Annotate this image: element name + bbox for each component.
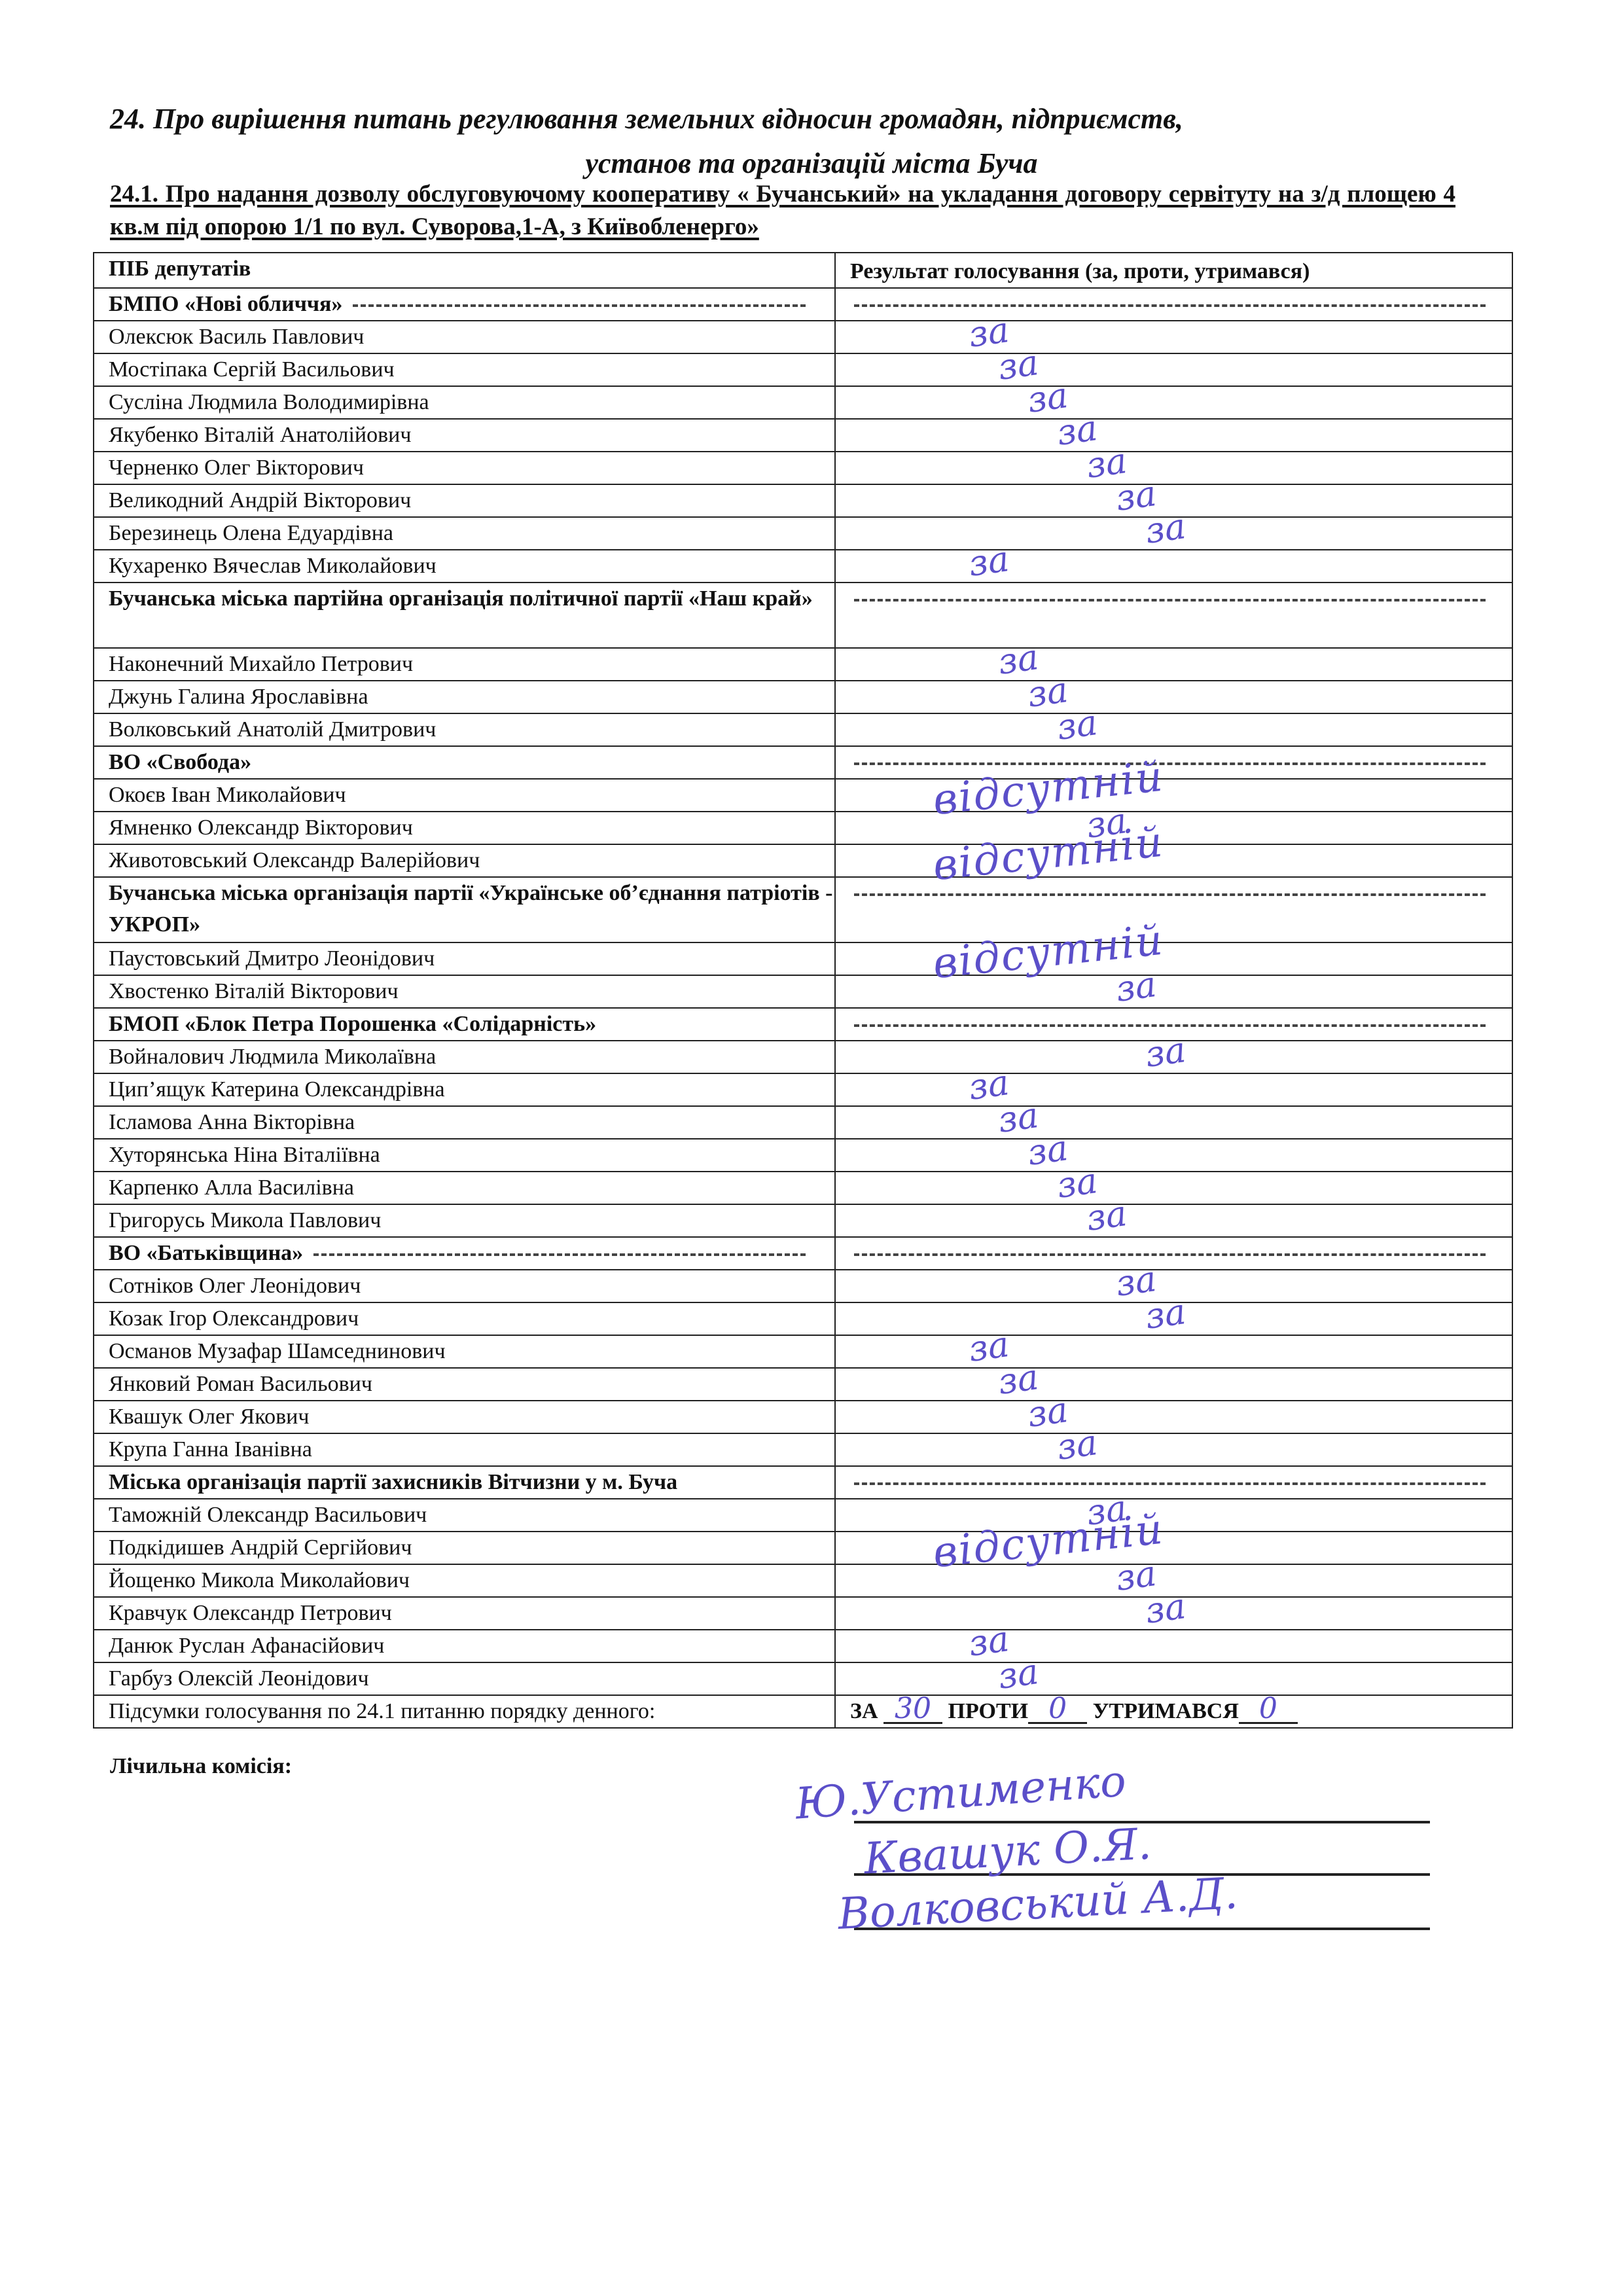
deputy-name-text: Квашук Олег Якович	[109, 1405, 309, 1429]
dash-filler	[854, 1253, 1486, 1256]
vote-result-cell	[835, 517, 1512, 550]
counting-commission-label: Лічильна комісія:	[110, 1754, 292, 1779]
agenda-heading: 24. Про вирішення питань регулювання зем…	[110, 105, 1623, 134]
deputy-row: Козак Ігор Олександрович	[94, 1302, 1512, 1335]
party-result-cell	[835, 288, 1512, 321]
deputy-name-text: Наконечний Михайло Петрович	[109, 652, 413, 676]
party-name: БМОП «Блок Петра Порошенка «Солідарність…	[94, 1008, 835, 1041]
deputy-row: Животовський Олександр Валерійович	[94, 844, 1512, 877]
deputy-name-text: Ісламова Анна Вікторівна	[109, 1110, 355, 1134]
deputy-name-text: Османов Музафар Шамседнинович	[109, 1339, 446, 1363]
dash-filler	[854, 599, 1486, 601]
abstain-label: УТРИМАВСЯ	[1093, 1699, 1239, 1723]
deputy-name: Якубенко Віталій Анатолійович	[94, 419, 835, 452]
deputy-row: Черненко Олег Вікторович	[94, 452, 1512, 484]
party-row: Бучанська міська партійна організація по…	[94, 583, 1512, 648]
deputy-name-text: Карпенко Алла Василівна	[109, 1175, 354, 1200]
deputy-name-text: Козак Ігор Олександрович	[109, 1306, 359, 1331]
vote-result-cell	[835, 550, 1512, 583]
deputy-name-text: Сусліна Людмила Володимирівна	[109, 390, 429, 414]
column-header-deputies: ПІБ депутатів	[94, 253, 835, 288]
vote-result-cell	[835, 1139, 1512, 1172]
party-name: Бучанська міська організація партії «Укр…	[94, 877, 835, 942]
deputy-name: Войналович Людмила Миколаївна	[94, 1041, 835, 1073]
deputy-name-text: Янковий Роман Васильович	[109, 1372, 372, 1396]
deputy-row: Цип’ящук Катерина Олександрівна	[94, 1073, 1512, 1106]
deputy-name-text: Крупа Ганна Іванівна	[109, 1437, 312, 1462]
vote-result-cell	[835, 452, 1512, 484]
vote-result-cell	[835, 1499, 1512, 1532]
deputy-row: Березинець Олена Едуардівна	[94, 517, 1512, 550]
deputy-name: Волковський Анатолій Дмитрович	[94, 713, 835, 746]
vote-result-cell	[835, 844, 1512, 877]
deputy-row: Османов Музафар Шамседнинович	[94, 1335, 1512, 1368]
deputy-name-text: Хуторянська Ніна Віталіївна	[109, 1143, 380, 1167]
deputy-name-text: Ямненко Олександр Вікторович	[109, 816, 413, 840]
dash-filler	[313, 1253, 806, 1256]
deputy-name: Животовський Олександр Валерійович	[94, 844, 835, 877]
column-header-result: Результат голосування (за, проти, утрима…	[835, 253, 1512, 288]
deputy-row: Олексюк Василь Павлович	[94, 321, 1512, 353]
party-name-text: Бучанська міська організація партії «Укр…	[109, 881, 832, 937]
deputy-name-text: Березинець Олена Едуардівна	[109, 521, 393, 545]
deputy-name-text: Григорусь Микола Павлович	[109, 1208, 381, 1232]
deputy-row: Окоєв Іван Миколайович	[94, 779, 1512, 812]
vote-result-cell	[835, 1302, 1512, 1335]
party-name: ВО «Батьківщина»	[94, 1237, 835, 1270]
deputy-row: Кравчук Олександр Петрович	[94, 1597, 1512, 1630]
party-row: Бучанська міська організація партії «Укр…	[94, 877, 1512, 942]
deputy-row: Карпенко Алла Василівна	[94, 1172, 1512, 1204]
party-name-text: ВО «Свобода»	[109, 750, 251, 774]
deputy-name: Сусліна Людмила Володимирівна	[94, 386, 835, 419]
deputy-name: Ісламова Анна Вікторівна	[94, 1106, 835, 1139]
deputy-name: Великодний Андрій Вікторович	[94, 484, 835, 517]
party-row: БМПО «Нові обличчя»	[94, 288, 1512, 321]
vote-result-cell	[835, 1532, 1512, 1564]
deputy-row: Хуторянська Ніна Віталіївна	[94, 1139, 1512, 1172]
deputy-name: Таможній Олександр Васильович	[94, 1499, 835, 1532]
deputy-name: Османов Музафар Шамседнинович	[94, 1335, 835, 1368]
deputy-row: Таможній Олександр Васильович	[94, 1499, 1512, 1532]
deputy-row: Наконечний Михайло Петрович	[94, 648, 1512, 681]
for-count: 30	[883, 1696, 942, 1724]
party-name: Бучанська міська партійна організація по…	[94, 583, 835, 648]
for-label: ЗА	[850, 1699, 878, 1723]
deputy-row: Джунь Галина Ярославівна	[94, 681, 1512, 713]
deputy-name-text: Таможній Олександр Васильович	[109, 1503, 427, 1527]
deputy-row: Кухаренко Вячеслав Миколайович	[94, 550, 1512, 583]
vote-result-cell	[835, 1401, 1512, 1433]
deputy-name: Наконечний Михайло Петрович	[94, 648, 835, 681]
vote-result-cell	[835, 648, 1512, 681]
deputy-name-text: Войналович Людмила Миколаївна	[109, 1045, 436, 1069]
party-result-cell	[835, 1008, 1512, 1041]
deputy-name: Кравчук Олександр Петрович	[94, 1597, 835, 1630]
dash-filler	[854, 1024, 1486, 1027]
deputy-name-text: Хвостенко Віталій Вікторович	[109, 979, 399, 1003]
vote-result-cell	[835, 419, 1512, 452]
deputy-name: Березинець Олена Едуардівна	[94, 517, 835, 550]
vote-result-cell	[835, 779, 1512, 812]
vote-result-cell	[835, 321, 1512, 353]
vote-result-cell	[835, 1073, 1512, 1106]
dash-filler	[854, 304, 1486, 307]
party-name-text: Бучанська міська партійна організація по…	[109, 586, 813, 611]
deputy-row: Сотніков Олег Леонідович	[94, 1270, 1512, 1302]
deputy-name-text: Сотніков Олег Леонідович	[109, 1274, 361, 1298]
party-result-cell	[835, 1466, 1512, 1499]
deputy-row: Волковський Анатолій Дмитрович	[94, 713, 1512, 746]
dash-filler	[353, 304, 806, 307]
deputy-name: Мостіпака Сергій Васильович	[94, 353, 835, 386]
deputy-row: Гарбуз Олексій Леонідович	[94, 1662, 1512, 1695]
deputy-name-text: Мостіпака Сергій Васильович	[109, 357, 395, 382]
deputy-name: Олексюк Василь Павлович	[94, 321, 835, 353]
party-name-text: Міська організація партії захисників Віт…	[109, 1470, 677, 1494]
vote-result-cell	[835, 1106, 1512, 1139]
deputy-name: Окоєв Іван Миколайович	[94, 779, 835, 812]
deputy-row: Подкідишев Андрій Сергійович	[94, 1532, 1512, 1564]
deputy-row: Данюк Руслан Афанасійович	[94, 1630, 1512, 1662]
deputy-name-text: Гарбуз Олексій Леонідович	[109, 1666, 369, 1691]
vote-result-cell	[835, 386, 1512, 419]
party-name-text: БМПО «Нові обличчя»	[109, 292, 342, 316]
deputy-name: Квашук Олег Якович	[94, 1401, 835, 1433]
vote-result-cell	[835, 1335, 1512, 1368]
deputy-name: Янковий Роман Васильович	[94, 1368, 835, 1401]
deputy-name: Сотніков Олег Леонідович	[94, 1270, 835, 1302]
party-result-cell	[835, 746, 1512, 779]
deputy-name-text: Животовський Олександр Валерійович	[109, 848, 480, 872]
deputy-name: Цип’ящук Катерина Олександрівна	[94, 1073, 835, 1106]
deputy-name-text: Черненко Олег Вікторович	[109, 456, 364, 480]
deputy-name: Хуторянська Ніна Віталіївна	[94, 1139, 835, 1172]
deputy-name: Григорусь Микола Павлович	[94, 1204, 835, 1237]
vote-result-cell	[835, 1172, 1512, 1204]
vote-result-cell	[835, 353, 1512, 386]
deputy-name: Джунь Галина Ярославівна	[94, 681, 835, 713]
against-count: 0	[1028, 1696, 1087, 1724]
deputy-name-text: Великодний Андрій Вікторович	[109, 488, 411, 512]
vote-result-cell	[835, 942, 1512, 975]
vote-result-cell	[835, 1433, 1512, 1466]
voting-table: ПІБ депутатів Результат голосування (за,…	[93, 252, 1513, 1729]
deputy-name: Козак Ігор Олександрович	[94, 1302, 835, 1335]
deputy-name-text: Окоєв Іван Миколайович	[109, 783, 346, 807]
deputy-name: Карпенко Алла Василівна	[94, 1172, 835, 1204]
deputy-row: Крупа Ганна Іванівна	[94, 1433, 1512, 1466]
deputy-row: Паустовський Дмитро Леонідович	[94, 942, 1512, 975]
deputy-name: Черненко Олег Вікторович	[94, 452, 835, 484]
deputy-name: Крупа Ганна Іванівна	[94, 1433, 835, 1466]
vote-result-cell	[835, 1597, 1512, 1630]
deputy-row: Квашук Олег Якович	[94, 1401, 1512, 1433]
summary-label: Підсумки голосування по 24.1 питанню пор…	[94, 1695, 835, 1728]
party-result-cell	[835, 1237, 1512, 1270]
vote-result-cell	[835, 975, 1512, 1008]
deputy-name-text: Джунь Галина Ярославівна	[109, 685, 368, 709]
deputy-row: Йощенко Микола Миколайович	[94, 1564, 1512, 1597]
summary-row: Підсумки голосування по 24.1 питанню пор…	[94, 1695, 1512, 1728]
sub-question-title: 24.1. Про надання дозволу обслуговуючому…	[110, 178, 1455, 243]
vote-result-cell	[835, 1662, 1512, 1695]
deputy-name-text: Олексюк Василь Павлович	[109, 325, 364, 349]
deputy-name-text: Паустовський Дмитро Леонідович	[109, 946, 435, 971]
party-name: Міська організація партії захисників Віт…	[94, 1466, 835, 1499]
deputy-name: Подкідишев Андрій Сергійович	[94, 1532, 835, 1564]
vote-result-cell	[835, 1630, 1512, 1662]
deputy-name: Йощенко Микола Миколайович	[94, 1564, 835, 1597]
party-result-cell	[835, 583, 1512, 648]
vote-result-cell	[835, 713, 1512, 746]
deputy-row: Сусліна Людмила Володимирівна	[94, 386, 1512, 419]
deputy-name: Данюк Руслан Афанасійович	[94, 1630, 835, 1662]
deputy-name: Гарбуз Олексій Леонідович	[94, 1662, 835, 1695]
against-label: ПРОТИ	[948, 1699, 1029, 1723]
party-row: ВО «Батьківщина»	[94, 1237, 1512, 1270]
dash-filler	[854, 893, 1486, 896]
deputy-name: Паустовський Дмитро Леонідович	[94, 942, 835, 975]
deputy-name: Ямненко Олександр Вікторович	[94, 812, 835, 844]
deputy-name-text: Йощенко Микола Миколайович	[109, 1568, 410, 1592]
deputy-name-text: Волковський Анатолій Дмитрович	[109, 717, 436, 742]
deputy-row: Хвостенко Віталій Вікторович	[94, 975, 1512, 1008]
signature-1: Ю.Устименко	[794, 1755, 1128, 1829]
vote-result-cell	[835, 1204, 1512, 1237]
deputy-row: Войналович Людмила Миколаївна	[94, 1041, 1512, 1073]
party-row: БМОП «Блок Петра Порошенка «Солідарність…	[94, 1008, 1512, 1041]
party-name: БМПО «Нові обличчя»	[94, 288, 835, 321]
deputy-name-text: Якубенко Віталій Анатолійович	[109, 423, 411, 447]
vote-result-cell	[835, 1564, 1512, 1597]
dash-filler	[854, 1482, 1486, 1485]
vote-result-cell	[835, 812, 1512, 844]
party-result-cell	[835, 877, 1512, 942]
document-page: 24. Про вирішення питань регулювання зем…	[0, 0, 1623, 2296]
deputy-row: Григорусь Микола Павлович	[94, 1204, 1512, 1237]
vote-result-cell	[835, 681, 1512, 713]
vote-result-cell	[835, 1270, 1512, 1302]
party-name-text: ВО «Батьківщина»	[109, 1241, 303, 1265]
deputy-row: Ямненко Олександр Вікторович	[94, 812, 1512, 844]
deputy-name: Хвостенко Віталій Вікторович	[94, 975, 835, 1008]
summary-totals: ЗА 30 ПРОТИ0 УТРИМАВСЯ0	[835, 1695, 1512, 1728]
vote-result-cell	[835, 484, 1512, 517]
table-header-row: ПІБ депутатів Результат голосування (за,…	[94, 253, 1512, 288]
deputy-name-text: Цип’ящук Катерина Олександрівна	[109, 1077, 445, 1102]
deputy-name: Кухаренко Вячеслав Миколайович	[94, 550, 835, 583]
party-row: Міська організація партії захисників Віт…	[94, 1466, 1512, 1499]
dash-filler	[854, 762, 1486, 765]
deputy-row: Якубенко Віталій Анатолійович	[94, 419, 1512, 452]
abstain-count: 0	[1239, 1696, 1298, 1724]
vote-result-cell	[835, 1368, 1512, 1401]
deputy-name-text: Подкідишев Андрій Сергійович	[109, 1535, 412, 1560]
party-name: ВО «Свобода»	[94, 746, 835, 779]
vote-result-cell	[835, 1041, 1512, 1073]
deputy-row: Янковий Роман Васильович	[94, 1368, 1512, 1401]
deputy-name-text: Кравчук Олександр Петрович	[109, 1601, 392, 1625]
deputy-row: Ісламова Анна Вікторівна	[94, 1106, 1512, 1139]
deputy-row: Мостіпака Сергій Васильович	[94, 353, 1512, 386]
deputy-name-text: Данюк Руслан Афанасійович	[109, 1634, 384, 1658]
deputy-row: Великодний Андрій Вікторович	[94, 484, 1512, 517]
deputy-name-text: Кухаренко Вячеслав Миколайович	[109, 554, 437, 578]
agenda-heading-continued: установ та організацій міста Буча	[0, 149, 1623, 178]
party-name-text: БМОП «Блок Петра Порошенка «Солідарність…	[109, 1012, 596, 1036]
party-row: ВО «Свобода»	[94, 746, 1512, 779]
